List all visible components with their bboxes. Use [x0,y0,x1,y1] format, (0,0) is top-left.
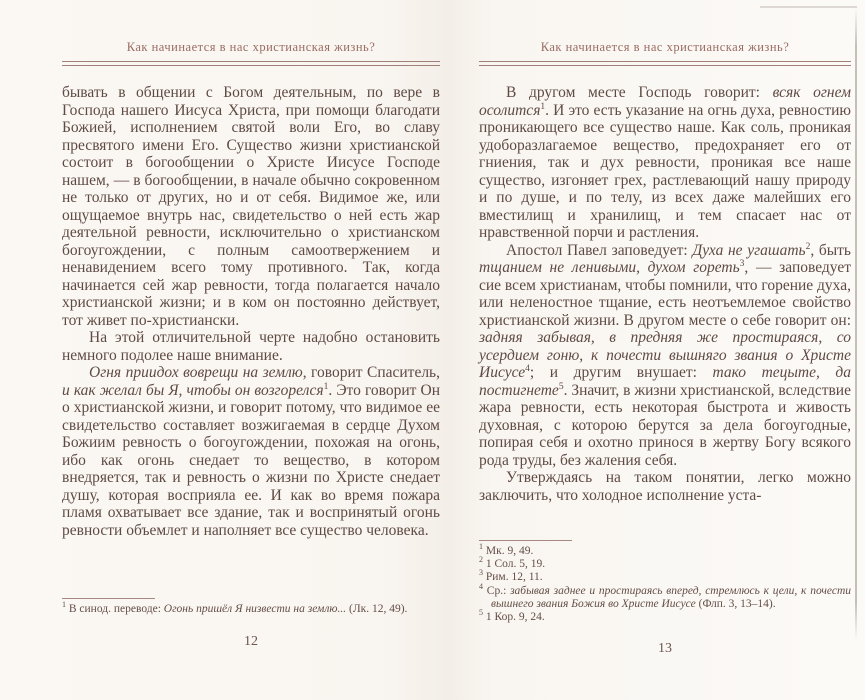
footnote: 5 1 Кор. 9, 24. [479,611,851,624]
text-run: Духа не угашать [692,242,805,259]
text-run: тщанием не ленивыми, духом гореть [479,259,740,276]
footnote-separator [479,540,572,541]
text-run: бывать в общении с Богом деятельным, по … [62,84,440,329]
text-run: Мк. 9, 49. [486,545,533,557]
page-number: 13 [479,641,851,657]
page-edge-right-line [855,8,857,640]
text-run: Ср.: [487,585,510,597]
footnotes-block: 1 Мк. 9, 49.2 1 Сол. 5, 19.3 Рим. 12, 11… [479,540,851,624]
footnote-marker: 2 [479,555,483,564]
text-run: . И это есть указание на огнь духа, ревн… [479,102,851,242]
paragraph: Утверждаясь на таком понятии, легко можн… [479,469,851,504]
text-run: . Это говорит Он о христианской жизни, и… [62,382,440,539]
text-run: забывая заднее и простираясь вперед, стр… [491,585,851,610]
text-run: Огня приидох воврещи на землю [89,364,303,381]
footnote-marker: 5 [479,608,483,617]
footnote: 1 В синод. переводе: Огонь пришёл Я низв… [62,603,440,616]
text-run: (Лк. 12, 49). [346,603,407,615]
text-run: и как желал бы Я, чтобы он возгорелся [62,382,324,399]
paragraph: В другом месте Господь говорит: всяк огн… [479,84,851,242]
footnote-list: 1 Мк. 9, 49.2 1 Сол. 5, 19.3 Рим. 12, 11… [479,545,851,624]
footnotes-block: 1 В синод. переводе: Огонь пришёл Я низв… [62,598,440,616]
running-header: Как начинается в нас христианская жизнь? [479,40,851,55]
footnote-list: 1 В синод. переводе: Огонь пришёл Я низв… [62,603,440,616]
book-scan: Как начинается в нас христианская жизнь?… [0,0,865,700]
paragraph: Апостол Павел заповедует: Духа не угашат… [479,242,851,470]
text-run: В другом месте Господь говорит: [506,84,773,101]
text-run: Рим. 12, 11. [486,571,543,583]
footnote-separator [62,598,155,599]
text-run: (Флп. 3, 13–14). [696,598,776,610]
paragraph: бывать в общении с Богом деятельным, по … [62,84,440,329]
footnote-marker: 1 [479,542,483,551]
book-page-left: Как начинается в нас христианская жизнь?… [62,0,440,700]
page-body: В другом месте Господь говорит: всяк огн… [479,84,851,504]
running-header: Как начинается в нас христианская жизнь? [62,40,440,55]
text-run: Огонь пришёл Я низвести на землю... [164,603,346,615]
footnote: 3 Рим. 12, 11. [479,571,851,584]
text-run: , говорит Спаситель, [303,364,440,381]
text-run: , быть [810,242,851,259]
page-number: 12 [62,634,440,650]
footnote: 2 1 Сол. 5, 19. [479,558,851,571]
header-rule [479,61,851,66]
book-page-right: Как начинается в нас христианская жизнь?… [479,0,851,700]
text-run: В синод. переводе: [69,603,164,615]
text-run: Апостол Павел заповедует: [506,242,692,259]
text-run: Утверждаясь на таком понятии, легко можн… [479,469,851,504]
text-run: 1 Кор. 9, 24. [486,611,545,623]
footnote-marker: 4 [479,582,483,591]
footnote: 4 Ср.: забывая заднее и простираясь впер… [479,585,851,611]
text-run: 1 Сол. 5, 19. [486,558,545,570]
text-run: ; и другим внушает: [530,364,713,381]
page-header: Как начинается в нас христианская жизнь? [479,40,851,66]
page-body: бывать в общении с Богом деятельным, по … [62,84,440,539]
paragraph: На этой отличительной черте надобно оста… [62,329,440,364]
footnote-marker: 1 [62,600,66,609]
page-header: Как начинается в нас христианская жизнь? [62,40,440,66]
text-run: На этой отличительной черте надобно оста… [62,329,440,364]
footnote: 1 Мк. 9, 49. [479,545,851,558]
footnote-marker: 3 [479,569,483,578]
header-rule [62,61,440,66]
paragraph: Огня приидох воврещи на землю, говорит С… [62,364,440,539]
